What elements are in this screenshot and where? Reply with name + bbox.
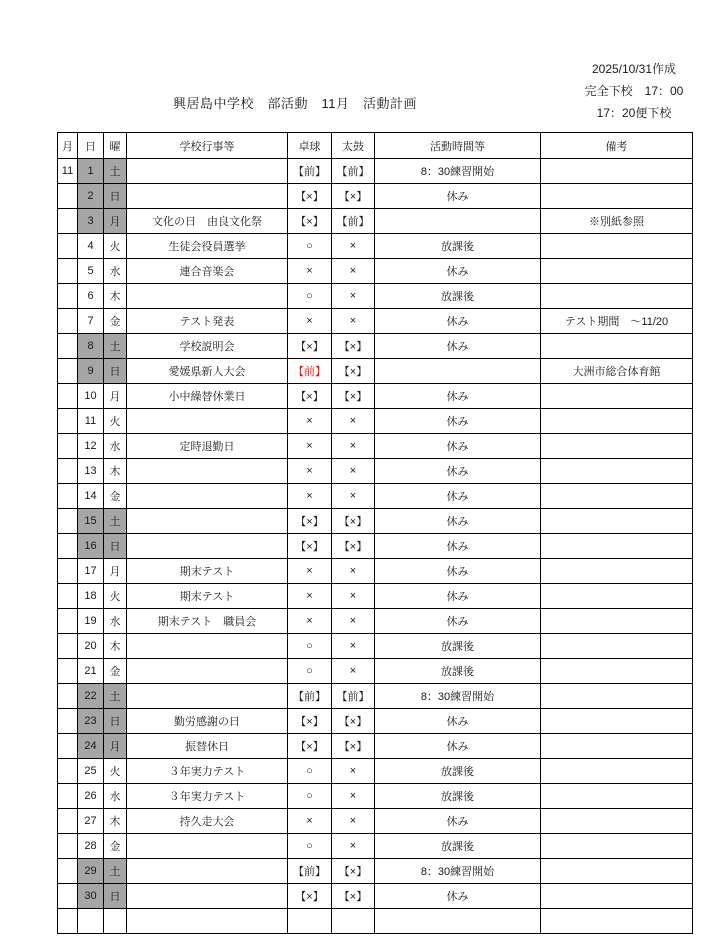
cell-month: [58, 434, 78, 459]
cell-month: [58, 259, 78, 284]
cell-taiko-status: 【前】: [332, 159, 375, 184]
cell-table-tennis-status: ×: [288, 259, 332, 284]
cell-month: [58, 459, 78, 484]
table-row: 16日【×】【×】休み: [58, 534, 693, 559]
cell-remark: [541, 834, 693, 859]
table-row: 25火３年実力テスト○×放課後: [58, 759, 693, 784]
cell-table-tennis-status: 【×】: [288, 734, 332, 759]
table-row: 21金○×放課後: [58, 659, 693, 684]
cell-month: [58, 909, 78, 934]
cell-activity-time: [375, 359, 541, 384]
cell-activity-time: 休み: [375, 409, 541, 434]
table-header-row: 月 日 曜 学校行事等 卓球 太鼓 活動時間等 備考: [58, 133, 693, 159]
cell-month: [58, 559, 78, 584]
cell-school-event: 持久走大会: [127, 809, 288, 834]
cell-remark: [541, 859, 693, 884]
table-row: 3月文化の日 由良文化祭【×】【前】※別紙参照: [58, 209, 693, 234]
header-school-events: 学校行事等: [127, 133, 288, 159]
table-row: 24月振替休日【×】【×】休み: [58, 734, 693, 759]
cell-school-event: [127, 834, 288, 859]
cell-weekday: 水: [104, 609, 127, 634]
cell-activity-time: [375, 909, 541, 934]
cell-day: 3: [78, 209, 104, 234]
cell-activity-time: 8：30練習開始: [375, 859, 541, 884]
table-row: 29土【前】【×】8：30練習開始: [58, 859, 693, 884]
cell-remark: [541, 559, 693, 584]
cell-table-tennis-status: ×: [288, 434, 332, 459]
cell-weekday: 木: [104, 459, 127, 484]
cell-weekday: 月: [104, 384, 127, 409]
cell-remark: [541, 459, 693, 484]
table-row: 12水定時退勤日××休み: [58, 434, 693, 459]
table-row: 15土【×】【×】休み: [58, 509, 693, 534]
table-row: 6木○×放課後: [58, 284, 693, 309]
cell-remark: [541, 609, 693, 634]
header-weekday: 曜: [104, 133, 127, 159]
cell-day: 1: [78, 159, 104, 184]
cell-day: 6: [78, 284, 104, 309]
cell-school-event: 期末テスト: [127, 584, 288, 609]
cell-taiko-status: ×: [332, 659, 375, 684]
cell-remark: [541, 259, 693, 284]
cell-taiko-status: 【×】: [332, 859, 375, 884]
cell-remark: [541, 709, 693, 734]
cell-day: 8: [78, 334, 104, 359]
cell-weekday: 日: [104, 359, 127, 384]
cell-activity-time: 休み: [375, 584, 541, 609]
cell-activity-time: 休み: [375, 734, 541, 759]
cell-table-tennis-status: 【×】: [288, 184, 332, 209]
cell-table-tennis-status: ○: [288, 634, 332, 659]
cell-taiko-status: 【×】: [332, 359, 375, 384]
cell-remark: [541, 284, 693, 309]
cell-table-tennis-status: ×: [288, 309, 332, 334]
cell-day: 5: [78, 259, 104, 284]
cell-weekday: 火: [104, 234, 127, 259]
cell-weekday: 土: [104, 159, 127, 184]
cell-table-tennis-status: 【×】: [288, 334, 332, 359]
cell-school-event: 連合音楽会: [127, 259, 288, 284]
cell-table-tennis-status: ×: [288, 409, 332, 434]
cell-weekday: 土: [104, 684, 127, 709]
cell-school-event: [127, 684, 288, 709]
cell-month: [58, 784, 78, 809]
cell-remark: [541, 659, 693, 684]
cell-school-event: 期末テスト: [127, 559, 288, 584]
cell-table-tennis-status: 【前】: [288, 684, 332, 709]
cell-month: [58, 759, 78, 784]
table-row: 4火生徒会役員選挙○×放課後: [58, 234, 693, 259]
cell-month: [58, 509, 78, 534]
cell-remark: [541, 484, 693, 509]
cell-day: 18: [78, 584, 104, 609]
cell-weekday: 日: [104, 184, 127, 209]
cell-day: 24: [78, 734, 104, 759]
cell-month: [58, 384, 78, 409]
activity-schedule-table: 月 日 曜 学校行事等 卓球 太鼓 活動時間等 備考 111土【前】【前】8：3…: [57, 132, 693, 934]
cell-taiko-status: 【×】: [332, 734, 375, 759]
cell-month: [58, 184, 78, 209]
cell-school-event: [127, 509, 288, 534]
cell-day: 2: [78, 184, 104, 209]
cell-remark: テスト期間 ～11/20: [541, 309, 693, 334]
cell-school-event: [127, 884, 288, 909]
cell-activity-time: 放課後: [375, 284, 541, 309]
cell-remark: [541, 384, 693, 409]
cell-school-event: 期末テスト 職員会: [127, 609, 288, 634]
cell-table-tennis-status: 【×】: [288, 709, 332, 734]
cell-remark: [541, 909, 693, 934]
cell-activity-time: 休み: [375, 509, 541, 534]
table-row: 10月小中繰替休業日【×】【×】休み: [58, 384, 693, 409]
page-title: 興居島中学校 部活動 11月 活動計画: [0, 93, 590, 112]
cell-school-event: ３年実力テスト: [127, 759, 288, 784]
cell-day: [78, 909, 104, 934]
cell-activity-time: 休み: [375, 459, 541, 484]
cell-taiko-status: [332, 909, 375, 934]
cell-month: [58, 659, 78, 684]
cell-remark: [541, 634, 693, 659]
cell-remark: [541, 434, 693, 459]
cell-month: [58, 334, 78, 359]
table-row: 13木××休み: [58, 459, 693, 484]
cell-table-tennis-status: 【×】: [288, 509, 332, 534]
cell-weekday: 木: [104, 284, 127, 309]
cell-activity-time: 休み: [375, 334, 541, 359]
table-row: 5水連合音楽会××休み: [58, 259, 693, 284]
table-row: 22土【前】【前】8：30練習開始: [58, 684, 693, 709]
cell-month: [58, 709, 78, 734]
cell-activity-time: 8：30練習開始: [375, 159, 541, 184]
cell-weekday: 月: [104, 209, 127, 234]
cell-table-tennis-status: 【前】: [288, 359, 332, 384]
cell-taiko-status: ×: [332, 609, 375, 634]
schedule-document-page: 2025/10/31作成 完全下校 17：00 17：20便下校 興居島中学校 …: [0, 0, 724, 942]
cell-taiko-status: 【×】: [332, 534, 375, 559]
cell-day: 23: [78, 709, 104, 734]
cell-day: 21: [78, 659, 104, 684]
cell-day: 7: [78, 309, 104, 334]
cell-table-tennis-status: ×: [288, 559, 332, 584]
cell-weekday: 日: [104, 534, 127, 559]
cell-day: 4: [78, 234, 104, 259]
cell-school-event: [127, 659, 288, 684]
table-row: 30日【×】【×】休み: [58, 884, 693, 909]
cell-remark: [541, 584, 693, 609]
cell-weekday: 月: [104, 734, 127, 759]
cell-weekday: 木: [104, 634, 127, 659]
cell-month: [58, 309, 78, 334]
cell-remark: [541, 784, 693, 809]
cell-remark: [541, 334, 693, 359]
cell-school-event: [127, 184, 288, 209]
cell-school-event: 定時退勤日: [127, 434, 288, 459]
cell-day: 12: [78, 434, 104, 459]
table-row: 9日愛媛県新人大会【前】【×】大洲市総合体育館: [58, 359, 693, 384]
cell-month: [58, 809, 78, 834]
cell-day: 13: [78, 459, 104, 484]
cell-remark: [541, 159, 693, 184]
cell-table-tennis-status: ○: [288, 784, 332, 809]
table-row: 18火期末テスト××休み: [58, 584, 693, 609]
cell-weekday: 火: [104, 584, 127, 609]
cell-remark: [541, 809, 693, 834]
cell-taiko-status: 【×】: [332, 509, 375, 534]
cell-month: [58, 209, 78, 234]
cell-day: 30: [78, 884, 104, 909]
cell-day: 14: [78, 484, 104, 509]
cell-month: [58, 634, 78, 659]
cell-month: [58, 484, 78, 509]
header-info-block: 2025/10/31作成 完全下校 17：00 17：20便下校: [564, 58, 704, 124]
cell-month: [58, 234, 78, 259]
cell-taiko-status: ×: [332, 284, 375, 309]
cell-remark: [541, 684, 693, 709]
cell-table-tennis-status: ×: [288, 584, 332, 609]
table-row: [58, 909, 693, 934]
cell-remark: [541, 509, 693, 534]
cell-remark: [541, 759, 693, 784]
table-row: 26水３年実力テスト○×放課後: [58, 784, 693, 809]
cell-day: 11: [78, 409, 104, 434]
cell-taiko-status: ×: [332, 434, 375, 459]
cell-activity-time: 休み: [375, 184, 541, 209]
cell-activity-time: 放課後: [375, 784, 541, 809]
cell-taiko-status: 【×】: [332, 384, 375, 409]
cell-table-tennis-status: ○: [288, 659, 332, 684]
cell-remark: [541, 184, 693, 209]
cell-remark: 大洲市総合体育館: [541, 359, 693, 384]
cell-table-tennis-status: ×: [288, 609, 332, 634]
created-date: 2025/10/31作成: [564, 58, 704, 80]
cell-activity-time: 8：30練習開始: [375, 684, 541, 709]
cell-table-tennis-status: ○: [288, 834, 332, 859]
header-activity-time: 活動時間等: [375, 133, 541, 159]
cell-month: [58, 684, 78, 709]
cell-activity-time: 休み: [375, 709, 541, 734]
table-row: 28金○×放課後: [58, 834, 693, 859]
cell-weekday: 金: [104, 484, 127, 509]
cell-activity-time: 放課後: [375, 834, 541, 859]
cell-weekday: 火: [104, 409, 127, 434]
cell-weekday: 月: [104, 559, 127, 584]
cell-weekday: 水: [104, 434, 127, 459]
table-row: 2日【×】【×】休み: [58, 184, 693, 209]
cell-table-tennis-status: ○: [288, 759, 332, 784]
cell-taiko-status: ×: [332, 409, 375, 434]
cell-taiko-status: 【前】: [332, 209, 375, 234]
cell-weekday: 金: [104, 834, 127, 859]
table-row: 19水期末テスト 職員会××休み: [58, 609, 693, 634]
cell-school-event: [127, 909, 288, 934]
cell-weekday: 日: [104, 709, 127, 734]
cell-activity-time: 休み: [375, 609, 541, 634]
cell-weekday: 金: [104, 659, 127, 684]
cell-remark: [541, 884, 693, 909]
table-row: 8土学校説明会【×】【×】休み: [58, 334, 693, 359]
cell-taiko-status: ×: [332, 759, 375, 784]
cell-weekday: 水: [104, 784, 127, 809]
cell-taiko-status: 【前】: [332, 684, 375, 709]
cell-table-tennis-status: ×: [288, 809, 332, 834]
cell-day: 17: [78, 559, 104, 584]
cell-taiko-status: ×: [332, 459, 375, 484]
cell-school-event: [127, 409, 288, 434]
cell-month: [58, 859, 78, 884]
cell-taiko-status: ×: [332, 234, 375, 259]
cell-school-event: 愛媛県新人大会: [127, 359, 288, 384]
cell-month: [58, 584, 78, 609]
cell-taiko-status: ×: [332, 809, 375, 834]
cell-school-event: 勤労感謝の日: [127, 709, 288, 734]
cell-day: 28: [78, 834, 104, 859]
cell-day: 19: [78, 609, 104, 634]
cell-school-event: 振替休日: [127, 734, 288, 759]
cell-weekday: 土: [104, 334, 127, 359]
cell-taiko-status: ×: [332, 309, 375, 334]
cell-weekday: 土: [104, 509, 127, 534]
cell-day: 15: [78, 509, 104, 534]
cell-month: 11: [58, 159, 78, 184]
cell-day: 9: [78, 359, 104, 384]
cell-taiko-status: 【×】: [332, 709, 375, 734]
cell-month: [58, 734, 78, 759]
cell-taiko-status: 【×】: [332, 884, 375, 909]
cell-school-event: 小中繰替休業日: [127, 384, 288, 409]
cell-activity-time: 休み: [375, 384, 541, 409]
cell-activity-time: 休み: [375, 534, 541, 559]
cell-activity-time: [375, 209, 541, 234]
cell-table-tennis-status: 【×】: [288, 534, 332, 559]
cell-remark: [541, 234, 693, 259]
cell-day: 22: [78, 684, 104, 709]
cell-table-tennis-status: 【前】: [288, 859, 332, 884]
table-row: 111土【前】【前】8：30練習開始: [58, 159, 693, 184]
cell-day: 16: [78, 534, 104, 559]
cell-taiko-status: ×: [332, 634, 375, 659]
cell-weekday: 土: [104, 859, 127, 884]
cell-table-tennis-status: ×: [288, 484, 332, 509]
cell-school-event: [127, 634, 288, 659]
table-row: 14金××休み: [58, 484, 693, 509]
cell-activity-time: 休み: [375, 434, 541, 459]
cell-taiko-status: ×: [332, 484, 375, 509]
cell-activity-time: 休み: [375, 259, 541, 284]
cell-table-tennis-status: 【×】: [288, 384, 332, 409]
cell-weekday: [104, 909, 127, 934]
cell-weekday: 水: [104, 259, 127, 284]
cell-day: 29: [78, 859, 104, 884]
cell-school-event: テスト発表: [127, 309, 288, 334]
cell-school-event: ３年実力テスト: [127, 784, 288, 809]
cell-school-event: [127, 484, 288, 509]
header-day: 日: [78, 133, 104, 159]
cell-activity-time: 休み: [375, 884, 541, 909]
cell-month: [58, 359, 78, 384]
cell-school-event: [127, 859, 288, 884]
cell-month: [58, 609, 78, 634]
cell-taiko-status: ×: [332, 584, 375, 609]
cell-taiko-status: ×: [332, 784, 375, 809]
table-row: 11火××休み: [58, 409, 693, 434]
cell-day: 20: [78, 634, 104, 659]
cell-table-tennis-status: ×: [288, 459, 332, 484]
table-row: 27木持久走大会××休み: [58, 809, 693, 834]
header-taiko: 太鼓: [332, 133, 375, 159]
cell-month: [58, 834, 78, 859]
cell-remark: [541, 534, 693, 559]
cell-activity-time: 放課後: [375, 659, 541, 684]
table-row: 17月期末テスト××休み: [58, 559, 693, 584]
header-remarks: 備考: [541, 133, 693, 159]
cell-activity-time: 休み: [375, 809, 541, 834]
cell-school-event: [127, 459, 288, 484]
table-row: 23日勤労感謝の日【×】【×】休み: [58, 709, 693, 734]
cell-table-tennis-status: 【前】: [288, 159, 332, 184]
table-row: 7金テスト発表××休みテスト期間 ～11/20: [58, 309, 693, 334]
cell-table-tennis-status: ○: [288, 234, 332, 259]
cell-taiko-status: ×: [332, 834, 375, 859]
header-table-tennis: 卓球: [288, 133, 332, 159]
cell-taiko-status: 【×】: [332, 184, 375, 209]
cell-table-tennis-status: [288, 909, 332, 934]
cell-taiko-status: ×: [332, 559, 375, 584]
cell-school-event: [127, 534, 288, 559]
cell-day: 27: [78, 809, 104, 834]
cell-month: [58, 884, 78, 909]
cell-month: [58, 534, 78, 559]
cell-month: [58, 409, 78, 434]
cell-remark: [541, 734, 693, 759]
cell-month: [58, 284, 78, 309]
cell-table-tennis-status: 【×】: [288, 209, 332, 234]
cell-school-event: 文化の日 由良文化祭: [127, 209, 288, 234]
cell-weekday: 木: [104, 809, 127, 834]
cell-weekday: 金: [104, 309, 127, 334]
cell-activity-time: 休み: [375, 309, 541, 334]
cell-remark: ※別紙参照: [541, 209, 693, 234]
cell-weekday: 日: [104, 884, 127, 909]
cell-activity-time: 休み: [375, 484, 541, 509]
cell-day: 26: [78, 784, 104, 809]
cell-school-event: [127, 159, 288, 184]
cell-remark: [541, 409, 693, 434]
cell-weekday: 火: [104, 759, 127, 784]
cell-day: 25: [78, 759, 104, 784]
cell-activity-time: 放課後: [375, 634, 541, 659]
cell-table-tennis-status: ○: [288, 284, 332, 309]
cell-school-event: 学校説明会: [127, 334, 288, 359]
cell-activity-time: 放課後: [375, 759, 541, 784]
cell-table-tennis-status: 【×】: [288, 884, 332, 909]
cell-day: 10: [78, 384, 104, 409]
cell-taiko-status: ×: [332, 259, 375, 284]
header-month: 月: [58, 133, 78, 159]
cell-taiko-status: 【×】: [332, 334, 375, 359]
table-row: 20木○×放課後: [58, 634, 693, 659]
cell-school-event: [127, 284, 288, 309]
cell-activity-time: 休み: [375, 559, 541, 584]
cell-activity-time: 放課後: [375, 234, 541, 259]
cell-school-event: 生徒会役員選挙: [127, 234, 288, 259]
